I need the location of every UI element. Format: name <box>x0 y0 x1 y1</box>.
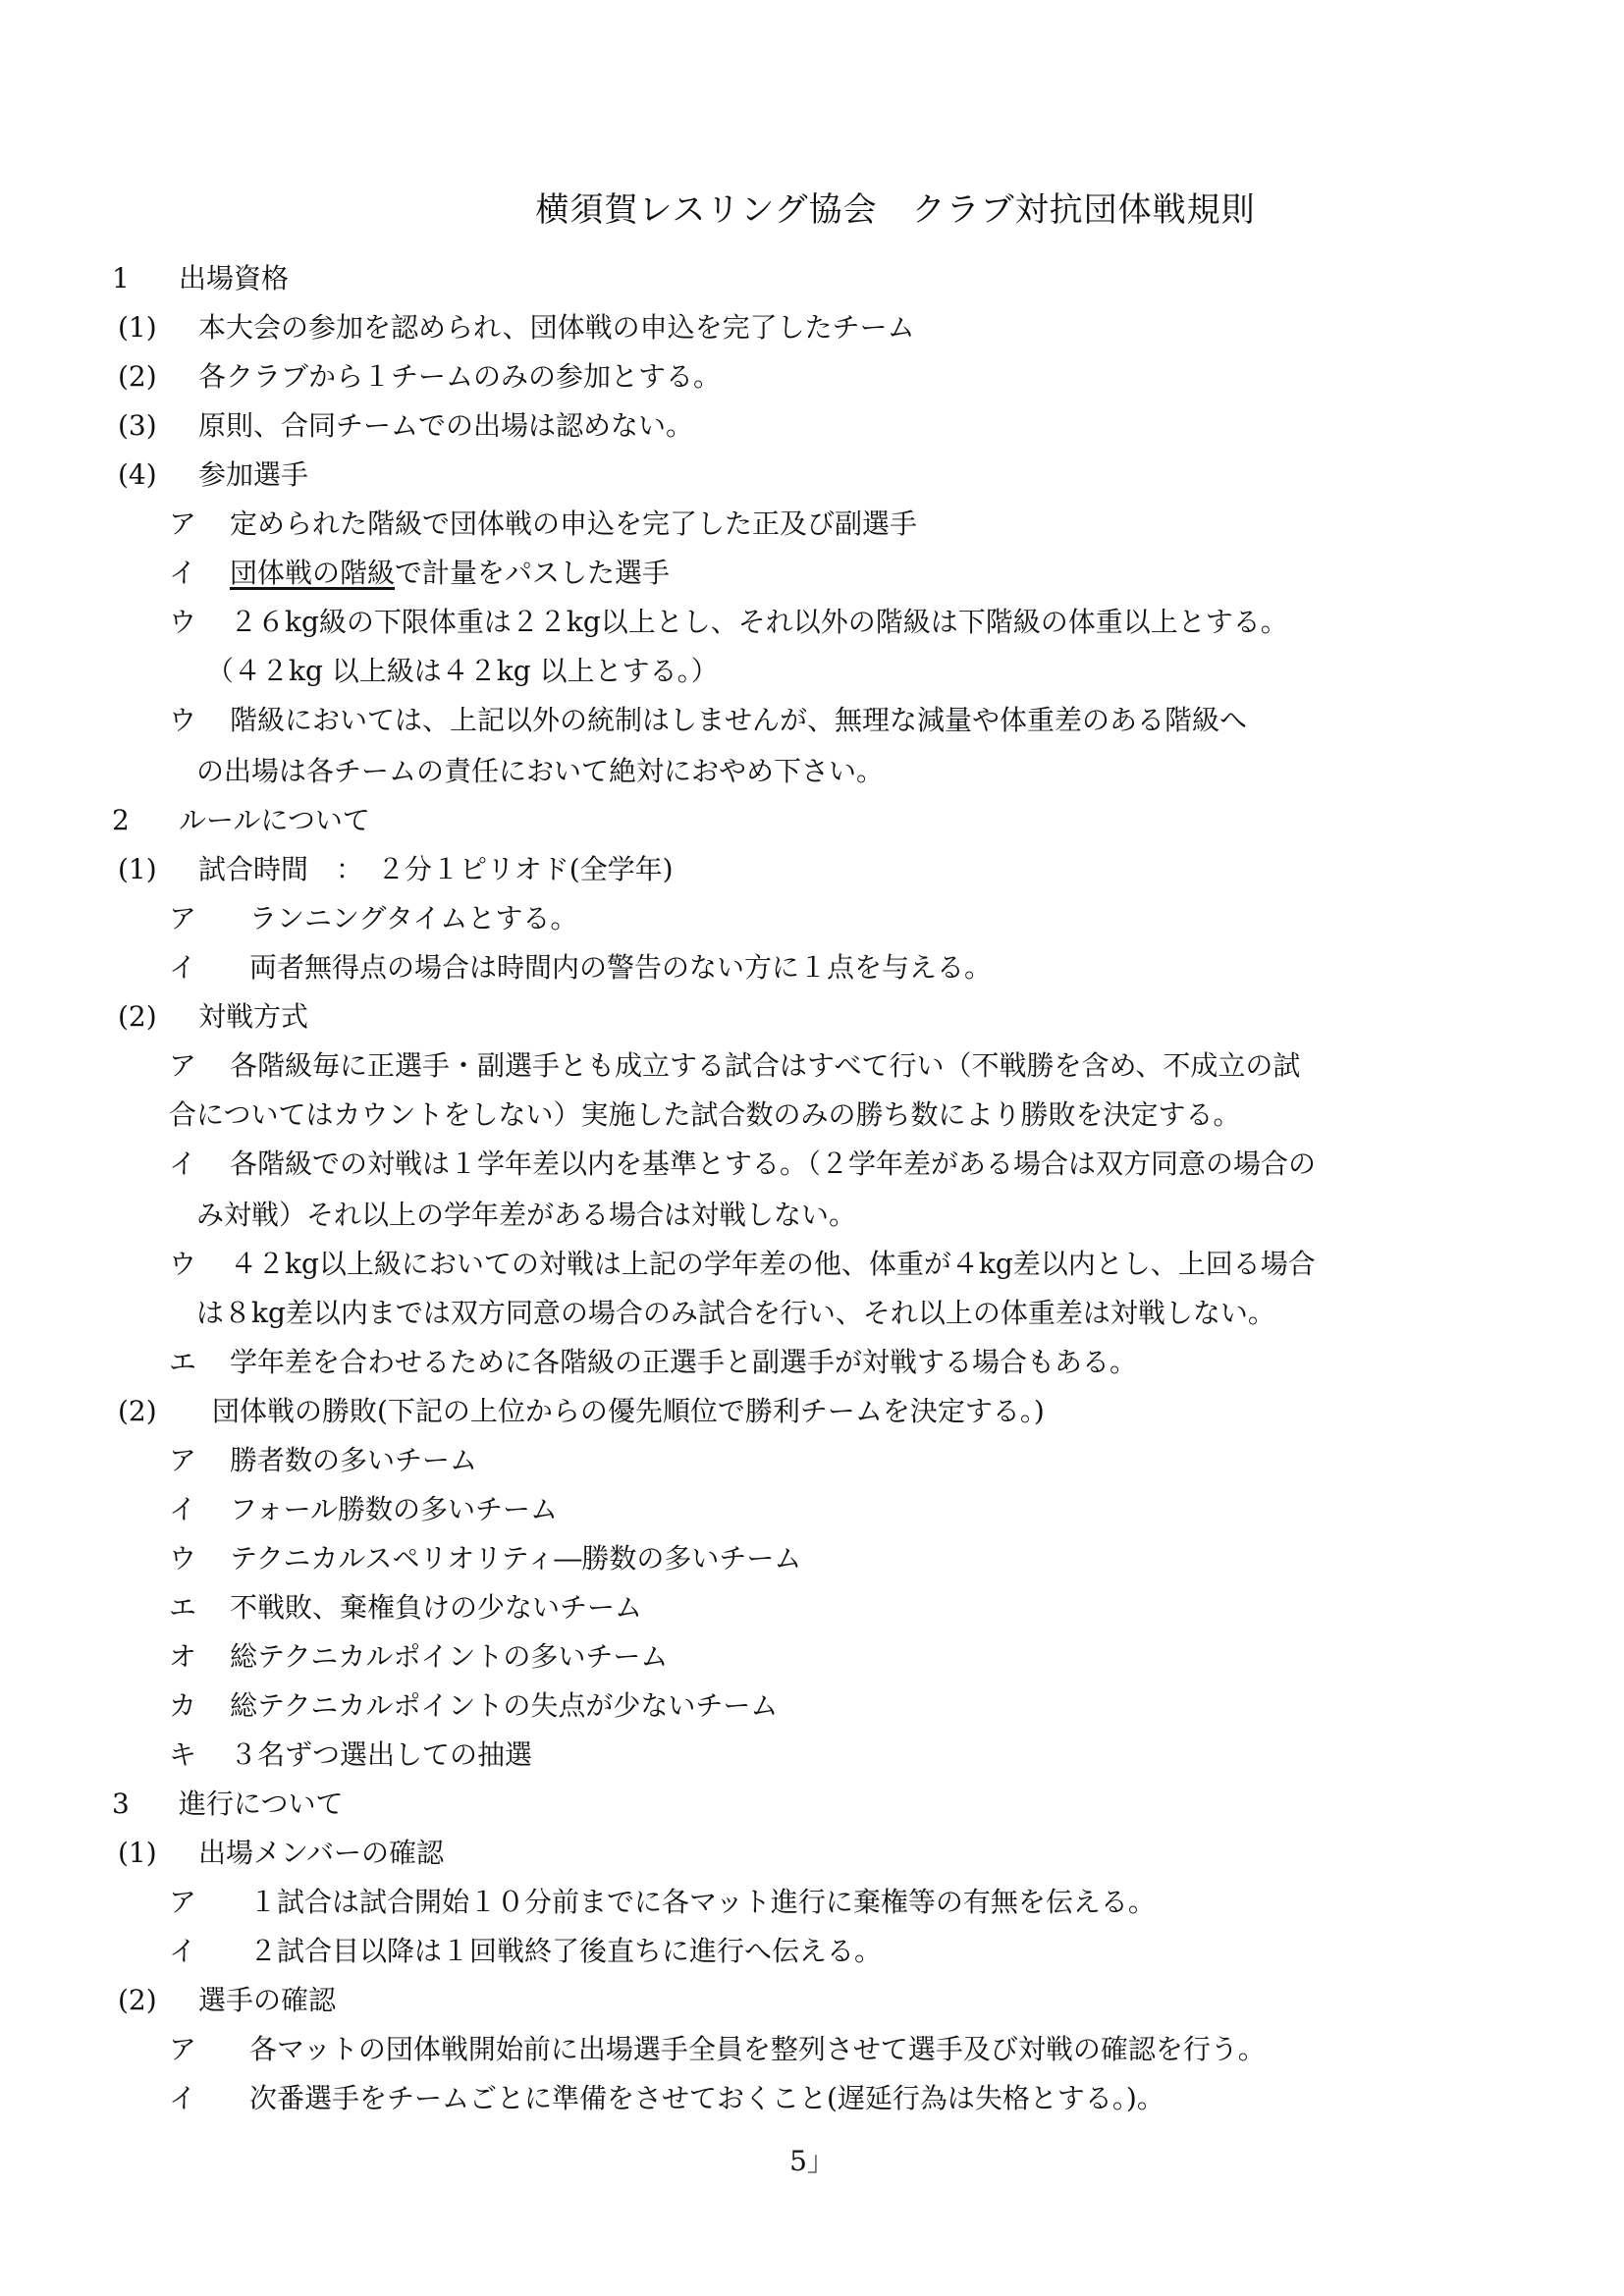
item-text: 試合時間 ： ２分１ピリオド(全学年) <box>198 853 674 885</box>
sub-item-text: ２６kg級の下限体重は２２kg以上とし、それ以外の階級は下階級の体重以上とする。 <box>230 606 1288 638</box>
item-marker: (1) <box>118 852 198 887</box>
sub-item-marker: イ <box>169 2081 249 2116</box>
section-heading: 2ルールについて <box>112 803 370 838</box>
sub-item: エ学年差を合わせるために各階級の正選手と副選手が対戦する場合もある。 <box>169 1345 1137 1380</box>
sub-item-text: 各マットの団体戦開始前に出場選手全員を整列させて選手及び対戦の確認を行う。 <box>249 2033 1266 2065</box>
item-text: 対戦方式 <box>198 1000 308 1033</box>
sub-item-marker: ウ <box>169 1541 230 1576</box>
item-marker: (1) <box>118 310 198 346</box>
sub-item-marker: ア <box>169 901 249 936</box>
sub-item-text: ３名ずつ選出しての抽選 <box>230 1738 532 1771</box>
item-marker: (2) <box>118 359 198 395</box>
underlined-text: 団体戦の階級 <box>230 557 395 589</box>
item-marker: (2) <box>118 999 198 1035</box>
list-item: (1)本大会の参加を認められ、団体戦の申込を完了したチーム <box>118 310 915 346</box>
sub-item: ア定められた階級で団体戦の申込を完了した正及び副選手 <box>169 507 917 542</box>
list-item: (2)団体戦の勝敗(下記の上位からの優先順位で勝利チームを決定する。) <box>118 1394 1045 1429</box>
item-marker: (4) <box>118 457 198 493</box>
item-text: 選手の確認 <box>198 1984 336 2016</box>
sub-item-continuation: は８kg差以内までは双方同意の場合のみ試合を行い、それ以上の体重差は対戦しない。 <box>196 1296 1275 1331</box>
sub-item: イ両者無得点の場合は時間内の警告のない方に１点を与える。 <box>169 950 992 986</box>
sub-item-marker: イ <box>169 1147 230 1182</box>
sub-item: エ不戦敗、棄権負けの少ないチーム <box>169 1590 642 1626</box>
sub-item-marker: イ <box>169 950 249 986</box>
sub-item: イ２試合目以降は１回戦終了後直ちに進行へ伝える。 <box>169 1934 882 1969</box>
section-number: 1 <box>112 261 179 296</box>
sub-item-text: フォール勝数の多いチーム <box>230 1493 558 1525</box>
sub-item-text: 各階級での対戦は１学年差以内を基準とする。（２学年差がある場合は双方同意の場合の <box>230 1148 1316 1180</box>
section-heading: 1出場資格 <box>112 261 289 296</box>
sub-item-text: １試合は試合開始１０分前までに各マット進行に棄権等の有無を伝える。 <box>249 1886 1156 1918</box>
item-text: 各クラブから１チームのみの参加とする。 <box>198 360 721 393</box>
sub-item-text: 勝者数の多いチーム <box>230 1444 477 1476</box>
item-marker: (1) <box>118 1836 198 1871</box>
sub-item-marker: ア <box>169 1048 230 1084</box>
list-item: (4)参加選手 <box>118 457 308 493</box>
sub-item-marker: カ <box>169 1688 230 1724</box>
sub-item-text: 学年差を合わせるために各階級の正選手と副選手が対戦する場合もある。 <box>230 1346 1137 1378</box>
sub-item-text: 定められた階級で団体戦の申込を完了した正及び副選手 <box>230 507 917 540</box>
document-page: 横須賀レスリング協会 クラブ対抗団体戦規則 1出場資格 (1)本大会の参加を認め… <box>0 0 1624 2296</box>
item-text: 団体戦の勝敗(下記の上位からの優先順位で勝利チームを決定する。) <box>212 1395 1045 1427</box>
sub-item-marker: ア <box>169 507 230 542</box>
sub-item: ア各マットの団体戦開始前に出場選手全員を整列させて選手及び対戦の確認を行う。 <box>169 2032 1266 2067</box>
sub-item: オ総テクニカルポイントの多いチーム <box>169 1639 668 1675</box>
sub-item-text: 不戦敗、棄権負けの少ないチーム <box>230 1591 642 1624</box>
sub-item-text: 両者無得点の場合は時間内の警告のない方に１点を与える。 <box>249 951 992 984</box>
sub-item-text: 各階級毎に正選手・副選手とも成立する試合はすべて行い（不戦勝を含め、不成立の試 <box>230 1049 1300 1082</box>
sub-item-marker: ア <box>169 1443 230 1478</box>
section-title: ルールについて <box>179 804 370 836</box>
list-item: (1)試合時間 ： ２分１ピリオド(全学年) <box>118 852 674 887</box>
sub-item-marker: エ <box>169 1590 230 1626</box>
sub-item: カ総テクニカルポイントの失点が少ないチーム <box>169 1688 778 1724</box>
sub-item: ウ４２kg以上級においての対戦は上記の学年差の他、体重が４kg差以内とし、上回る… <box>169 1247 1316 1282</box>
list-item: (2)対戦方式 <box>118 999 308 1035</box>
sub-item: ウテクニカルスペリオリティ―勝数の多いチーム <box>169 1541 801 1576</box>
section-heading: 3進行について <box>112 1787 343 1822</box>
sub-item: イ各階級での対戦は１学年差以内を基準とする。（２学年差がある場合は双方同意の場合… <box>169 1147 1316 1182</box>
sub-item-text: ２試合目以降は１回戦終了後直ちに進行へ伝える。 <box>249 1935 882 1967</box>
sub-item-marker: イ <box>169 556 230 591</box>
sub-item-text: で計量をパスした選手 <box>395 557 670 589</box>
sub-item-continuation: 合についてはカウントをしない）実施した試合数のみの勝ち数により勝敗を決定する。 <box>169 1097 1240 1133</box>
sub-item: ア勝者数の多いチーム <box>169 1443 477 1478</box>
sub-item: イ団体戦の階級で計量をパスした選手 <box>169 556 670 591</box>
sub-item-marker: イ <box>169 1492 230 1527</box>
sub-item-text: 総テクニカルポイントの失点が少ないチーム <box>230 1689 778 1722</box>
sub-item-marker: キ <box>169 1737 230 1773</box>
sub-item-marker: ウ <box>169 703 230 738</box>
sub-item: ウ２６kg級の下限体重は２２kg以上とし、それ以外の階級は下階級の体重以上とする… <box>169 605 1288 640</box>
item-marker: (2) <box>118 1394 212 1429</box>
section-title: 進行について <box>179 1788 343 1820</box>
item-text: 原則、合同チームでの出場は認めない。 <box>198 409 693 442</box>
item-text: 出場メンバーの確認 <box>198 1837 444 1869</box>
item-text: 参加選手 <box>198 458 308 491</box>
sub-item-text: 次番選手をチームごとに準備をさせておくこと(遅延行為は失格とする。)。 <box>249 2082 1164 2114</box>
list-item: (1)出場メンバーの確認 <box>118 1836 444 1871</box>
sub-item: ア各階級毎に正選手・副選手とも成立する試合はすべて行い（不戦勝を含め、不成立の試 <box>169 1048 1300 1084</box>
sub-item-text: 階級においては、上記以外の統制はしませんが、無理な減量や体重差のある階級へ <box>230 704 1247 736</box>
sub-item-marker: ア <box>169 2032 249 2067</box>
list-item: (2)各クラブから１チームのみの参加とする。 <box>118 359 721 395</box>
sub-item: アランニングタイムとする。 <box>169 901 577 936</box>
sub-item: ウ階級においては、上記以外の統制はしませんが、無理な減量や体重差のある階級へ <box>169 703 1247 738</box>
section-title: 出場資格 <box>179 262 289 294</box>
sub-item: キ３名ずつ選出しての抽選 <box>169 1737 532 1773</box>
sub-item: イ次番選手をチームごとに準備をさせておくこと(遅延行為は失格とする。)。 <box>169 2081 1164 2116</box>
sub-item-text: テクニカルスペリオリティ―勝数の多いチーム <box>230 1542 801 1575</box>
list-item: (3)原則、合同チームでの出場は認めない。 <box>118 408 693 444</box>
sub-item-marker: イ <box>169 1934 249 1969</box>
item-marker: (3) <box>118 408 198 444</box>
sub-item-marker: エ <box>169 1345 230 1380</box>
page-number: 5」 <box>0 2140 1624 2179</box>
document-title: 横須賀レスリング協会 クラブ対抗団体戦規則 <box>0 183 1624 231</box>
sub-item-text: ４２kg以上級においての対戦は上記の学年差の他、体重が４kg差以内とし、上回る場… <box>230 1248 1316 1280</box>
sub-item-text: 総テクニカルポイントの多いチーム <box>230 1640 668 1673</box>
item-marker: (2) <box>118 1983 198 2018</box>
sub-item-continuation: （４２kg 以上級は４２kg 以上とする。） <box>206 654 719 689</box>
sub-item-marker: ア <box>169 1885 249 1920</box>
sub-item: イフォール勝数の多いチーム <box>169 1492 558 1527</box>
sub-item-continuation: み対戦）それ以上の学年差がある場合は対戦しない。 <box>196 1198 856 1233</box>
sub-item: ア１試合は試合開始１０分前までに各マット進行に棄権等の有無を伝える。 <box>169 1885 1156 1920</box>
sub-item-text: ランニングタイムとする。 <box>249 902 577 934</box>
section-number: 3 <box>112 1787 179 1822</box>
sub-item-marker: ウ <box>169 1247 230 1282</box>
sub-item-marker: ウ <box>169 605 230 640</box>
sub-item-marker: オ <box>169 1639 230 1675</box>
title-text: 横須賀レスリング協会 クラブ対抗団体戦規則 <box>535 183 1255 231</box>
sub-item-continuation: の出場は各チームの責任において絶対におやめ下さい。 <box>196 754 884 789</box>
section-number: 2 <box>112 803 179 838</box>
item-text: 本大会の参加を認められ、団体戦の申込を完了したチーム <box>198 311 915 344</box>
list-item: (2)選手の確認 <box>118 1983 336 2018</box>
